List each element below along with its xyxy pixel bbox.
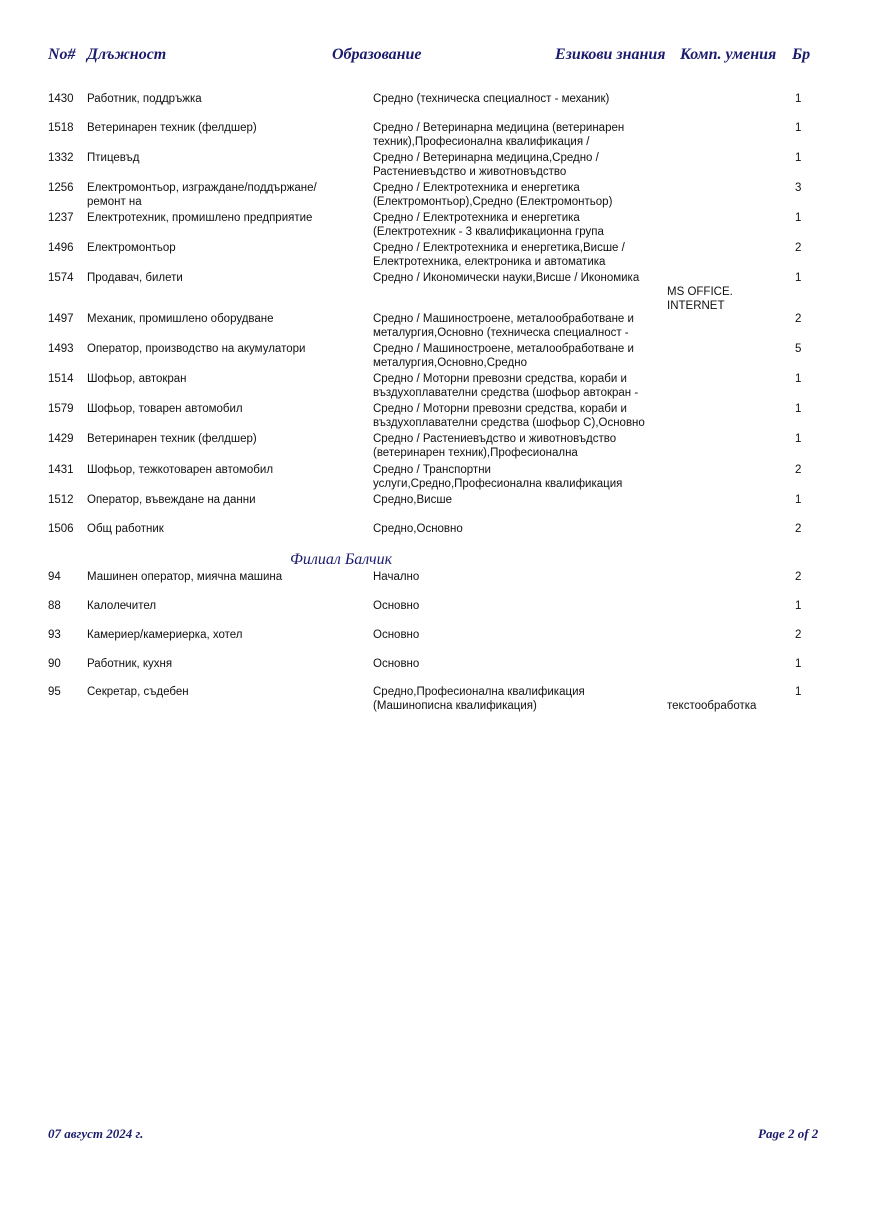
cell-education: Средно / Икономически науки,Висше / Икон… xyxy=(373,271,658,285)
cell-count: 2 xyxy=(795,463,801,477)
header-position: Длъжност xyxy=(87,46,166,64)
cell-number: 95 xyxy=(48,685,61,699)
cell-position: Продавач, билети xyxy=(87,271,352,285)
cell-position: Електромонтьор, изграждане/поддържане/ре… xyxy=(87,181,352,209)
cell-number: 1518 xyxy=(48,121,74,135)
cell-position: Оператор, въвеждане на данни xyxy=(87,493,352,507)
header-computer-skills: Комп. умения xyxy=(680,46,776,64)
cell-count: 1 xyxy=(795,151,801,165)
cell-education: Средно / Ветеринарна медицина,Средно / Р… xyxy=(373,151,658,179)
cell-position: Работник, кухня xyxy=(87,657,352,671)
cell-education: Основно xyxy=(373,657,658,671)
cell-position: Калолечител xyxy=(87,599,352,613)
cell-education: Средно / Електротехника и енергетика,Вис… xyxy=(373,241,658,269)
cell-education: Средно (техническа специалност - механик… xyxy=(373,92,658,106)
cell-count: 2 xyxy=(795,628,801,642)
cell-position: Машинен оператор, миячна машина xyxy=(87,570,352,584)
cell-number: 1514 xyxy=(48,372,74,386)
cell-count: 2 xyxy=(795,241,801,255)
cell-number: 1237 xyxy=(48,211,74,225)
cell-count: 1 xyxy=(795,493,801,507)
cell-count: 1 xyxy=(795,211,801,225)
cell-number: 1431 xyxy=(48,463,74,477)
cell-position: Шофьор, автокран xyxy=(87,372,352,386)
cell-number: 1256 xyxy=(48,181,74,195)
cell-number: 1493 xyxy=(48,342,74,356)
cell-number: 1512 xyxy=(48,493,74,507)
cell-count: 2 xyxy=(795,312,801,326)
cell-count: 1 xyxy=(795,402,801,416)
cell-number: 94 xyxy=(48,570,61,584)
cell-count: 5 xyxy=(795,342,801,356)
cell-education: Средно / Машиностроене, металообработван… xyxy=(373,342,658,370)
cell-count: 1 xyxy=(795,372,801,386)
cell-count: 2 xyxy=(795,522,801,536)
cell-number: 1332 xyxy=(48,151,74,165)
cell-position: Шофьор, товарен автомобил xyxy=(87,402,352,416)
cell-education: Средно,Висше xyxy=(373,493,658,507)
cell-number: 1430 xyxy=(48,92,74,106)
cell-count: 1 xyxy=(795,121,801,135)
cell-number: 1506 xyxy=(48,522,74,536)
cell-education: Основно xyxy=(373,628,658,642)
cell-count: 1 xyxy=(795,271,801,285)
cell-education: Средно / Електротехника и енергетика (Ел… xyxy=(373,211,658,239)
cell-count: 1 xyxy=(795,599,801,613)
cell-position: Общ работник xyxy=(87,522,352,536)
cell-education: Средно / Моторни превозни средства, кора… xyxy=(373,402,658,430)
cell-count: 1 xyxy=(795,92,801,106)
cell-number: 1579 xyxy=(48,402,74,416)
cell-count: 1 xyxy=(795,432,801,446)
cell-education: Средно / Моторни превозни средства, кора… xyxy=(373,372,658,400)
cell-number: 1429 xyxy=(48,432,74,446)
header-education: Образование xyxy=(332,46,422,64)
header-no: No# xyxy=(48,46,76,64)
cell-education: Средно / Ветеринарна медицина (ветеринар… xyxy=(373,121,658,149)
cell-number: 93 xyxy=(48,628,61,642)
cell-count: 1 xyxy=(795,685,801,699)
cell-education: Средно / Растениевъдство и животновъдств… xyxy=(373,432,658,460)
cell-position: Електротехник, промишлено предприятие xyxy=(87,211,352,225)
cell-education: Средно / Електротехника и енергетика (Ел… xyxy=(373,181,658,209)
cell-education: Начално xyxy=(373,570,658,584)
cell-position: Оператор, производство на акумулатори xyxy=(87,342,352,356)
cell-education: Средно / Машиностроене, металообработван… xyxy=(373,312,658,340)
cell-number: 88 xyxy=(48,599,61,613)
cell-position: Електромонтьор xyxy=(87,241,352,255)
cell-computer-skills: текстообработка xyxy=(667,699,767,713)
cell-education: Средно,Основно xyxy=(373,522,658,536)
cell-education: Средно,Професионална квалификация (Машин… xyxy=(373,685,658,713)
branch-title: Филиал Балчик xyxy=(290,551,392,569)
cell-count: 1 xyxy=(795,657,801,671)
cell-number: 1496 xyxy=(48,241,74,255)
cell-position: Шофьор, тежкотоварен автомобил xyxy=(87,463,352,477)
cell-position: Секретар, съдебен xyxy=(87,685,352,699)
cell-position: Ветеринарен техник (фелдшер) xyxy=(87,121,352,135)
footer-page: Page 2 of 2 xyxy=(758,1126,818,1142)
cell-position: Механик, промишлено оборудване xyxy=(87,312,352,326)
cell-position: Ветеринарен техник (фелдшер) xyxy=(87,432,352,446)
cell-count: 2 xyxy=(795,570,801,584)
cell-count: 3 xyxy=(795,181,801,195)
cell-number: 1574 xyxy=(48,271,74,285)
header-count: Бр xyxy=(792,46,810,64)
cell-number: 90 xyxy=(48,657,61,671)
cell-computer-skills: MS OFFICE. INTERNET xyxy=(667,285,767,313)
cell-education: Основно xyxy=(373,599,658,613)
cell-number: 1497 xyxy=(48,312,74,326)
cell-position: Работник, поддръжка xyxy=(87,92,352,106)
cell-education: Средно / Транспортни услуги,Средно,Профе… xyxy=(373,463,658,491)
cell-position: Камериер/камериерка, хотел xyxy=(87,628,352,642)
cell-position: Птицевъд xyxy=(87,151,352,165)
header-languages: Езикови знания xyxy=(555,46,666,64)
footer-date: 07 август 2024 г. xyxy=(48,1126,143,1142)
